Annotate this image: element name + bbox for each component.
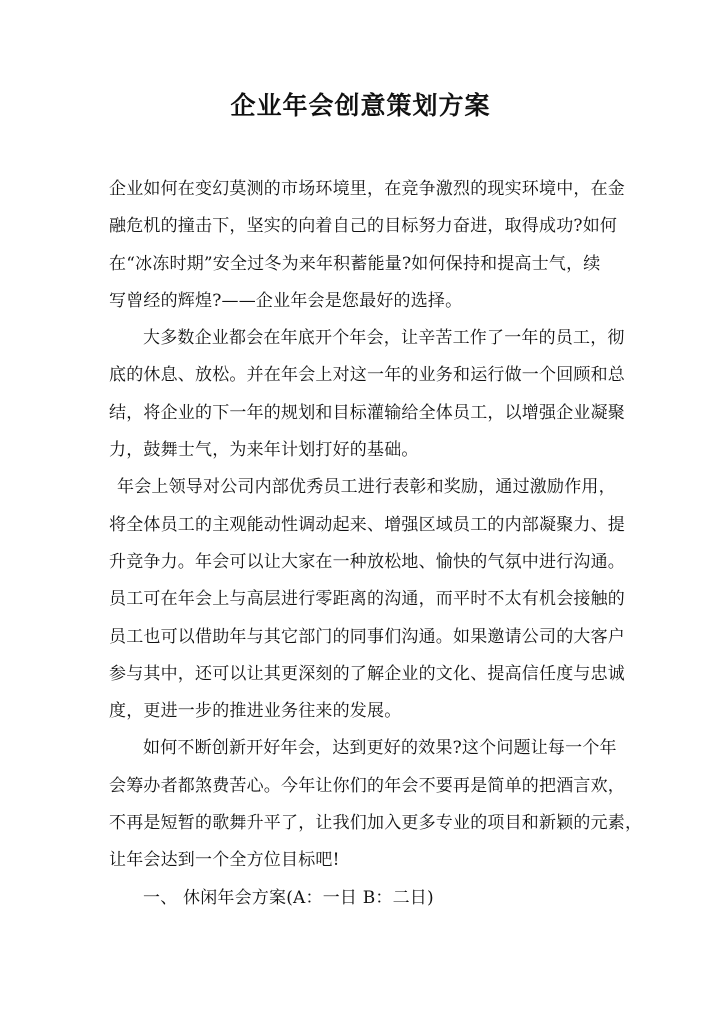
section-heading-1: 一、 休闲年会方案(A：一日 B：二日) <box>109 880 629 917</box>
paragraph-1-line-2: 融危机的撞击下，坚实的向着自己的目标努力奋进，取得成功?如何 <box>109 208 629 245</box>
document-body: 企业如何在变幻莫测的市场环境里，在竞争激烈的现实环境中，在金 融危机的撞击下，坚… <box>109 171 629 917</box>
document-page: 企业年会创意策划方案 企业如何在变幻莫测的市场环境里，在竞争激烈的现实环境中，在… <box>0 0 721 1020</box>
paragraph-2-line-1: 大多数企业都会在年底开个年会，让辛苦工作了一年的员工，彻 <box>109 320 629 357</box>
paragraph-3-line-3: 升竞争力。年会可以让大家在一种放松地、愉快的气氛中进行沟通。 <box>109 544 629 581</box>
paragraph-3-line-7: 度，更进一步的推进业务往来的发展。 <box>109 693 629 730</box>
paragraph-3-line-2: 将全体员工的主观能动性调动起来、增强区域员工的内部凝聚力、提 <box>109 507 629 544</box>
paragraph-4-line-4: 让年会达到一个全方位目标吧! <box>109 842 629 879</box>
paragraph-4-line-1: 如何不断创新开好年会，达到更好的效果?这个问题让每一个年 <box>109 730 629 767</box>
paragraph-4-line-3: 不再是短暂的歌舞升平了，让我们加入更多专业的项目和新颖的元素， <box>109 805 629 842</box>
paragraph-2-line-2: 底的休息、放松。并在年会上对这一年的业务和运行做一个回顾和总 <box>109 357 629 394</box>
paragraph-3-line-5: 员工也可以借助年与其它部门的同事们沟通。如果邀请公司的大客户 <box>109 619 629 656</box>
paragraph-2-line-3: 结，将企业的下一年的规划和目标灌输给全体员工，以增强企业凝聚 <box>109 395 629 432</box>
paragraph-4-line-2: 会筹办者都煞费苦心。今年让你们的年会不要再是简单的把酒言欢， <box>109 768 629 805</box>
paragraph-2-line-4: 力，鼓舞士气，为来年计划打好的基础。 <box>109 432 629 469</box>
paragraph-3-line-4: 员工可在年会上与高层进行零距离的沟通，而平时不太有机会接触的 <box>109 581 629 618</box>
paragraph-3-line-6: 参与其中，还可以让其更深刻的了解企业的文化、提高信任度与忠诚 <box>109 656 629 693</box>
paragraph-1-line-1: 企业如何在变幻莫测的市场环境里，在竞争激烈的现实环境中，在金 <box>109 171 629 208</box>
paragraph-1-line-4: 写曾经的辉煌?——企业年会是您最好的选择。 <box>109 283 629 320</box>
paragraph-3-line-1: 年会上领导对公司内部优秀员工进行表彰和奖励，通过激励作用， <box>109 469 629 506</box>
paragraph-1-line-3: 在“冰冻时期”安全过冬为来年积蓄能量?如何保持和提高士气，续 <box>109 246 629 283</box>
document-title: 企业年会创意策划方案 <box>0 86 721 126</box>
